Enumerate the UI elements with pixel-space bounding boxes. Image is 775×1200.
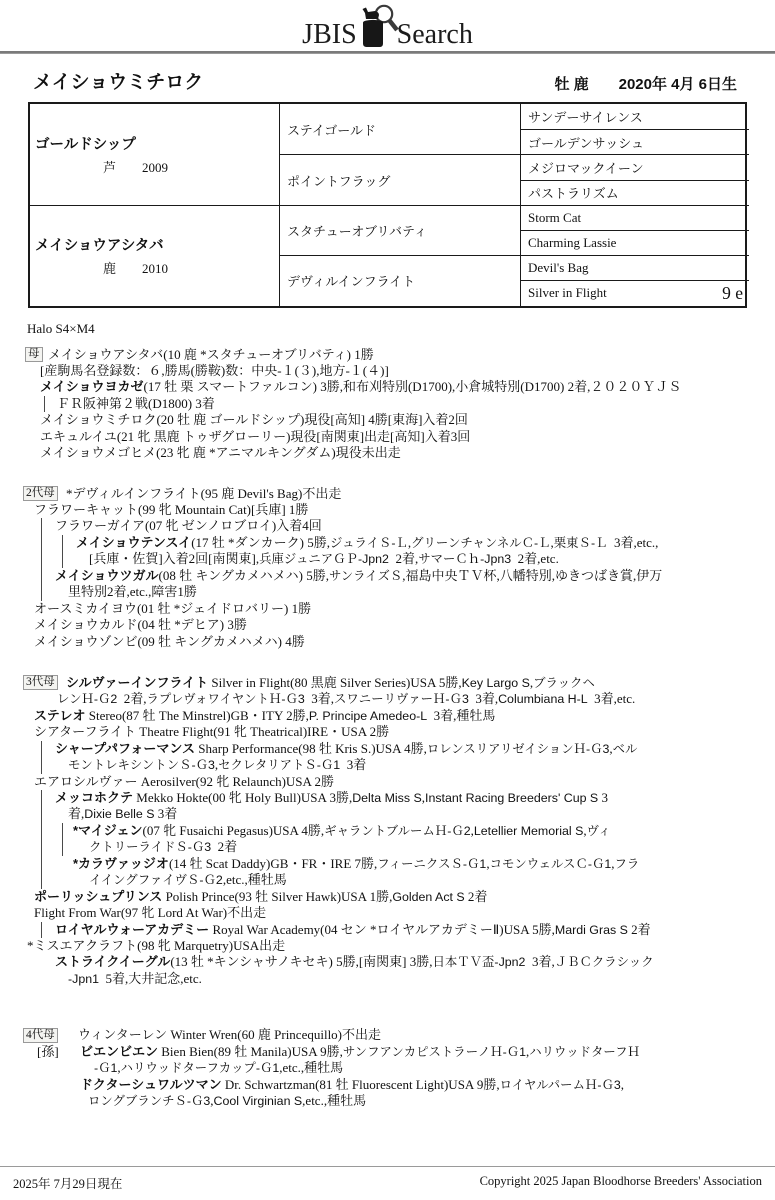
line-text: シルヴァーインフライト Silver in Flight(80 黒鹿 Silve… bbox=[0, 675, 775, 691]
logo-text-search: Search bbox=[397, 21, 473, 49]
text-segment: ,etc.,種牡馬 bbox=[302, 1093, 366, 1108]
text-segment: 3着, bbox=[525, 954, 554, 969]
text-segment: 2着 bbox=[465, 889, 488, 904]
jbis-search-logo: JBIS Search bbox=[0, 0, 775, 49]
sex-coat: 牡 鹿 bbox=[554, 76, 588, 93]
offspring-line: フラワーキャット(99 牝 Mountain Cat)[兵庫] 1勝 bbox=[0, 502, 775, 518]
race-name: ベル bbox=[613, 742, 638, 756]
offspring-line: シャープパフォーマンス Sharp Performance(98 牡 Kris … bbox=[0, 741, 775, 757]
generation-section: 4代母ウィンターレン Winter Wren(60 鹿 Princequillo… bbox=[0, 1027, 775, 1109]
line-text: ポーリッシュプリンス Polish Prince(93 牡 Silver Haw… bbox=[0, 889, 775, 905]
line-text: シアターフライト Theatre Flight(91 牝 Theatrical)… bbox=[0, 724, 775, 740]
pedigree-cell-dam-sire: スタチューオブリバティ bbox=[279, 205, 520, 255]
race-name: サマーＣｈ-Jpn3 bbox=[418, 552, 511, 566]
line-text: エキュルイユ(21 牝 黒鹿 トゥザグローリー)現役[南関東]出走[高知]入着3… bbox=[0, 429, 775, 445]
generation-label: 3代母 bbox=[23, 675, 58, 690]
pedigree-cell-sire: ゴールドシップ 芦 2009 bbox=[30, 104, 279, 205]
line-text: 里特別2着,etc.,障害1勝 bbox=[0, 584, 775, 600]
offspring-line: 母メイショウアシタバ(10 鹿 *スタチューオブリバティ) 1勝 bbox=[0, 347, 775, 363]
line-text: エアロシルヴァー Aerosilver(92 牝 Relaunch)USA 2勝 bbox=[0, 774, 775, 790]
race-name: スワニーリヴァーＨ-Ｇ3 bbox=[334, 692, 469, 706]
line-text: メイショウカルド(04 牡 *デヒア) 3勝 bbox=[0, 617, 775, 633]
race-name: ハリウッドターフカップ-Ｇ1 bbox=[121, 1061, 280, 1075]
race-name: P. Principe Amedeo-L bbox=[309, 709, 427, 723]
line-text: ロイヤルウォーアカデミー Royal War Academy(04 セン *ロイ… bbox=[0, 922, 775, 938]
tree-connector-line bbox=[41, 518, 42, 534]
offspring-line: シアターフライト Theatre Flight(91 牝 Theatrical)… bbox=[0, 724, 775, 740]
text-segment: *ミスエアクラフト(98 牝 Marquetry)USA出走 bbox=[27, 938, 285, 953]
line-text: -Ｇ1,ハリウッドターフカップ-Ｇ1,etc.,種牡馬 bbox=[0, 1060, 775, 1076]
text-segment: 3 bbox=[598, 790, 608, 805]
text-segment: 2着, bbox=[117, 691, 146, 706]
horse-name-title: メイショウミチロク bbox=[33, 67, 203, 94]
offspring-line: イイングファイヴＳ-Ｇ2,etc.,種牡馬 bbox=[0, 872, 775, 888]
offspring-line: メイショウメゴヒメ(23 牝 鹿 *アニマルキングダム)現役未出走 bbox=[0, 445, 775, 461]
text-segment: メイショウメゴヒメ(23 牝 鹿 *アニマルキングダム)現役未出走 bbox=[40, 445, 401, 460]
sire-name: ゴールドシップ bbox=[35, 133, 279, 154]
text-segment: ウィンターレン Winter Wren(60 鹿 Princequillo)不出… bbox=[78, 1027, 381, 1042]
text-segment: ,etc.,種牡馬 bbox=[279, 1060, 343, 1075]
horse-sex-coat-born: 牡 鹿2020年 4月 6日生 bbox=[554, 73, 737, 94]
race-name: イイングファイヴＳ-Ｇ2 bbox=[89, 873, 223, 887]
offspring-line: ＦＲ阪神第２戦(D1800) 3着 bbox=[0, 396, 775, 412]
text-segment: 3着 bbox=[340, 757, 366, 772]
pedigree-cell-g3-family: Silver in Flight 9 e bbox=[520, 280, 749, 305]
race-name: ギャラントブルームＨ-Ｇ2 bbox=[324, 824, 470, 838]
tree-connector-line bbox=[41, 757, 42, 773]
offspring-line: メイショウミチロク(20 牡 鹿 ゴールドシップ)現役[高知] 4勝[東海]入着… bbox=[0, 412, 775, 428]
line-text: メイショウテンスイ(17 牡 *ダンカーク) 5勝,ジュライＳ-Ｌ,グリーンチャ… bbox=[0, 535, 775, 551]
text-segment: Silver in Flight(80 黒鹿 Silver Series)USA… bbox=[208, 675, 462, 690]
tree-connector-line bbox=[44, 396, 45, 412]
text-segment: 2着 bbox=[628, 922, 651, 937]
offspring-line: 3代母シルヴァーインフライト Silver in Flight(80 黒鹿 Si… bbox=[0, 675, 775, 691]
race-name: セクレタリアトＳ-Ｇ1 bbox=[218, 758, 340, 772]
generation-section: 2代母*デヴィルインフライト(95 鹿 Devil's Bag)不出走フラワーキ… bbox=[0, 486, 775, 650]
pedigree-cell-sire-dam: ポイントフラッグ bbox=[279, 154, 520, 204]
pedigree-cell-g3: Charming Lassie bbox=[520, 230, 749, 255]
line-text: 着,Dixie Belle S 3着 bbox=[0, 806, 775, 822]
offspring-line: ポーリッシュプリンス Polish Prince(93 牡 Silver Haw… bbox=[0, 889, 775, 905]
horse-title-row: メイショウミチロク 牡 鹿2020年 4月 6日生 bbox=[0, 54, 775, 94]
text-segment: Bien Bien(89 牡 Manila)USA 9勝, bbox=[158, 1044, 343, 1059]
tree-connector-line bbox=[62, 823, 63, 839]
race-name: -Jpn1 bbox=[68, 972, 99, 986]
race-name: Instant Racing Breeders' Cup S bbox=[425, 791, 598, 805]
g3-name: Silver in Flight bbox=[528, 285, 607, 301]
dam-line-list: 母メイショウアシタバ(10 鹿 *スタチューオブリバティ) 1勝[産駒馬名登録数… bbox=[0, 347, 775, 1110]
horse-name-bold: ポーリッシュプリンス bbox=[34, 889, 162, 904]
line-text: ウィンターレン Winter Wren(60 鹿 Princequillo)不出… bbox=[0, 1027, 775, 1043]
line-text: メイショウゾンビ(09 牡 キングカメハメハ) 4勝 bbox=[0, 634, 775, 650]
text-segment: Royal War Academy(04 セン *ロイヤルアカデミーⅡ)USA … bbox=[209, 922, 555, 937]
text-segment: Mekko Hokte(00 牝 Holy Bull)USA 3勝, bbox=[133, 790, 352, 805]
race-name: -Ｇ1 bbox=[94, 1061, 117, 1075]
horse-name-bold: ストライクイーグル bbox=[55, 954, 170, 969]
text-segment: [兵庫・佐賀]入着2回[南関東], bbox=[89, 551, 259, 566]
offspring-line: クトリーライドＳ-Ｇ3 2着 bbox=[0, 839, 775, 855]
text-segment: (14 牡 Scat Daddy)GB・FR・IRE 7勝, bbox=[169, 856, 377, 871]
text-segment: ,福島中央ＴＶ杯,八幡特別,ゆきつばき賞,伊万 bbox=[402, 568, 662, 583]
offspring-line: メイショウカルド(04 牡 *デヒア) 3勝 bbox=[0, 617, 775, 633]
line-text: メイショウミチロク(20 牡 鹿 ゴールドシップ)現役[高知] 4勝[東海]入着… bbox=[0, 412, 775, 428]
offspring-line: メイショウゾンビ(09 牡 キングカメハメハ) 4勝 bbox=[0, 634, 775, 650]
text-segment: フラワーガイア(07 牝 ゼンノロブロイ)入着4回 bbox=[55, 518, 322, 533]
pedigree-cell-g3: Storm Cat bbox=[520, 205, 749, 230]
offspring-line: *カラヴァッジオ(14 牡 Scat Daddy)GB・FR・IRE 7勝,フィ… bbox=[0, 856, 775, 872]
text-segment: Stereo(87 牡 The Minstrel)GB・ITY 2勝, bbox=[85, 708, 308, 723]
text-segment: *デヴィルインフライト(95 鹿 Devil's Bag)不出走 bbox=[66, 486, 341, 501]
line-text: メイショウヨカゼ(17 牡 栗 スマートファルコン) 3勝,和布刈特別(D170… bbox=[0, 379, 775, 395]
tree-connector-line bbox=[41, 741, 42, 757]
copyright-text: Copyright 2025 Japan Bloodhorse Breeders… bbox=[480, 1174, 762, 1192]
offspring-line: メッコホクテ Mekko Hokte(00 牝 Holy Bull)USA 3勝… bbox=[0, 790, 775, 806]
as-of-date: 2025年 7月29日現在 bbox=[13, 1174, 122, 1192]
text-segment: シアターフライト Theatre Flight(91 牝 Theatrical)… bbox=[34, 724, 389, 739]
pedigree-cell-g3: サンデーサイレンス bbox=[520, 104, 749, 129]
offspring-line: エキュルイユ(21 牝 黒鹿 トゥザグローリー)現役[南関東]出走[高知]入着3… bbox=[0, 429, 775, 445]
line-text: フラワーガイア(07 牝 ゼンノロブロイ)入着4回 bbox=[0, 518, 775, 534]
line-text: ドクターシュワルツマン Dr. Schwartzman(81 牡 Fluores… bbox=[0, 1077, 775, 1093]
horse-name-bold: メイショウヨカゼ bbox=[40, 379, 143, 394]
offspring-line: モントレキシントンＳ-Ｇ3,セクレタリアトＳ-Ｇ1 3着 bbox=[0, 757, 775, 773]
race-name: 日本ＴＶ盃-Jpn2 bbox=[432, 955, 525, 969]
text-segment: (17 牡 栗 スマートファルコン) 3勝,和布刈特別(D1700),小倉城特別… bbox=[143, 379, 681, 394]
dam-coat-year: 鹿 2010 bbox=[35, 258, 279, 277]
text-segment: ,etc.,種牡馬 bbox=[223, 872, 287, 887]
footer: 2025年 7月29日現在 Copyright 2025 Japan Blood… bbox=[0, 1167, 775, 1192]
line-text: クトリーライドＳ-Ｇ3 2着 bbox=[0, 839, 775, 855]
race-name: ラプレヴォワイヤントＨ-Ｇ3 bbox=[147, 692, 305, 706]
text-segment: (13 牡 *キンシャサノキセキ) 5勝,[南関東] 3勝, bbox=[170, 954, 432, 969]
race-name: ロイヤルパームＨ-Ｇ3 bbox=[500, 1078, 621, 1092]
text-segment: 3着, bbox=[469, 691, 498, 706]
grandchild-tag: [孫] bbox=[37, 1044, 59, 1060]
race-name: サンフアンカピストラーノＨ-Ｇ1 bbox=[343, 1045, 526, 1059]
text-segment: エキュルイユ(21 牝 黒鹿 トゥザグローリー)現役[南関東]出走[高知]入着3… bbox=[40, 429, 470, 444]
line-text: メイショウアシタバ(10 鹿 *スタチューオブリバティ) 1勝 bbox=[0, 347, 775, 363]
tree-connector-line bbox=[41, 535, 42, 551]
race-name: 栗東Ｓ-Ｌ bbox=[554, 536, 608, 550]
text-segment: (07 牝 Fusaichi Pegasus)USA 4勝, bbox=[143, 823, 325, 838]
horse-name-bold: ステレオ bbox=[34, 708, 85, 723]
offspring-line: ステレオ Stereo(87 牡 The Minstrel)GB・ITY 2勝,… bbox=[0, 708, 775, 724]
race-name: ロングブランチＳ-Ｇ3 bbox=[88, 1094, 210, 1108]
text-segment: 2着, bbox=[389, 551, 418, 566]
tree-connector-line bbox=[41, 551, 42, 567]
text-segment: 2着,etc. bbox=[511, 551, 559, 566]
offspring-line: 里特別2着,etc.,障害1勝 bbox=[0, 584, 775, 600]
text-segment: [産駒馬名登録数：６,勝馬(勝鞍)数：中央-１(３),地方-１(４)] bbox=[40, 363, 389, 378]
pedigree-cell-g3: ゴールデンサッシュ bbox=[520, 129, 749, 154]
race-name: ＪＢＣクラシック bbox=[555, 955, 654, 969]
race-name: クトリーライドＳ-Ｇ3 bbox=[89, 840, 211, 854]
text-segment: メイショウゾンビ(09 牡 キングカメハメハ) 4勝 bbox=[34, 634, 305, 649]
generation-label: 4代母 bbox=[23, 1028, 58, 1043]
tree-connector-line bbox=[41, 872, 42, 888]
offspring-line: ロングブランチＳ-Ｇ3,Cool Virginian S,etc.,種牡馬 bbox=[0, 1093, 775, 1109]
generation-section: 母メイショウアシタバ(10 鹿 *スタチューオブリバティ) 1勝[産駒馬名登録数… bbox=[0, 347, 775, 462]
race-name: コモンウェルスＣ-Ｇ1 bbox=[490, 857, 612, 871]
offspring-line: メイショウテンスイ(17 牡 *ダンカーク) 5勝,ジュライＳ-Ｌ,グリーンチャ… bbox=[0, 535, 775, 551]
tree-connector-line bbox=[41, 568, 42, 584]
birth-date: 2020年 4月 6日生 bbox=[619, 76, 737, 93]
text-segment: 2着 bbox=[211, 839, 237, 854]
line-text: *ミスエアクラフト(98 牝 Marquetry)USA出走 bbox=[0, 938, 775, 954]
line-text: フラワーキャット(99 牝 Mountain Cat)[兵庫] 1勝 bbox=[0, 502, 775, 518]
tree-connector-line bbox=[41, 839, 42, 855]
race-name: レンＨ-Ｇ2 bbox=[57, 692, 117, 706]
offspring-line: [兵庫・佐賀]入着2回[南関東],兵庫ジュニアＧＰ-Jpn2 2着,サマーＣｈ-… bbox=[0, 551, 775, 567]
line-text: *マイジェン(07 牝 Fusaichi Pegasus)USA 4勝,ギャラン… bbox=[0, 823, 775, 839]
race-name: Letellier Memorial S bbox=[474, 824, 584, 838]
offspring-line: *ミスエアクラフト(98 牝 Marquetry)USA出走 bbox=[0, 938, 775, 954]
offspring-line: [孫]ビエンビエン Bien Bien(89 牡 Manila)USA 9勝,サ… bbox=[0, 1044, 775, 1060]
offspring-line: ドクターシュワルツマン Dr. Schwartzman(81 牡 Fluores… bbox=[0, 1077, 775, 1093]
offspring-line: メイショウツガル(08 牡 キングカメハメハ) 5勝,サンライズＳ,福島中央ＴＶ… bbox=[0, 568, 775, 584]
text-segment: Sharp Performance(98 牡 Kris S.)USA 4勝, bbox=[195, 741, 427, 756]
pedigree-cell-dam: メイショウアシタバ 鹿 2010 bbox=[30, 205, 279, 306]
pedigree-cell-g3: パストラリズム bbox=[520, 180, 749, 205]
race-name: モントレキシントンＳ-Ｇ3 bbox=[68, 758, 215, 772]
offspring-line: 着,Dixie Belle S 3着 bbox=[0, 806, 775, 822]
inbreeding-note: Halo S4×M4 bbox=[27, 321, 775, 337]
race-name: ロレンスリアリゼイションＨ-Ｇ3 bbox=[427, 742, 610, 756]
text-segment: フラワーキャット(99 牝 Mountain Cat)[兵庫] 1勝 bbox=[34, 502, 308, 517]
offspring-line: -Ｇ1,ハリウッドターフカップ-Ｇ1,etc.,種牡馬 bbox=[0, 1060, 775, 1076]
text-segment: , bbox=[621, 1077, 624, 1092]
pedigree-cell-sire-sire: ステイゴールド bbox=[279, 104, 520, 154]
text-segment: 3着,etc., bbox=[607, 535, 658, 550]
line-text: -Jpn1 5着,大井記念,etc. bbox=[0, 971, 775, 987]
race-name: Key Largo S bbox=[462, 676, 530, 690]
race-name: Mardi Gras S bbox=[555, 923, 628, 937]
race-name: フラ bbox=[615, 857, 640, 871]
horse-name-bold: シルヴァーインフライト bbox=[66, 675, 208, 690]
tree-connector-line bbox=[41, 806, 42, 822]
text-segment: (08 牡 キングカメハメハ) 5勝, bbox=[158, 568, 329, 583]
offspring-line: Flight From War(97 牝 Lord At War)不出走 bbox=[0, 905, 775, 921]
sire-coat-year: 芦 2009 bbox=[35, 157, 279, 176]
horse-name-bold: ビエンビエン bbox=[80, 1044, 158, 1059]
offspring-line: レンＨ-Ｇ2 2着,ラプレヴォワイヤントＨ-Ｇ3 3着,スワニーリヴァーＨ-Ｇ3… bbox=[0, 691, 775, 707]
offspring-line: *マイジェン(07 牝 Fusaichi Pegasus)USA 4勝,ギャラン… bbox=[0, 823, 775, 839]
line-text: [兵庫・佐賀]入着2回[南関東],兵庫ジュニアＧＰ-Jpn2 2着,サマーＣｈ-… bbox=[0, 551, 775, 567]
horse-name-bold: ロイヤルウォーアカデミー bbox=[55, 922, 209, 937]
tree-connector-line bbox=[62, 839, 63, 855]
line-text: [産駒馬名登録数：６,勝馬(勝鞍)数：中央-１(３),地方-１(４)] bbox=[0, 363, 775, 379]
horse-on-pot-magnifier-icon bbox=[359, 3, 399, 49]
pedigree-cell-g3: Devil's Bag bbox=[520, 255, 749, 280]
generation-section: 3代母シルヴァーインフライト Silver in Flight(80 黒鹿 Si… bbox=[0, 675, 775, 987]
text-segment: メイショウアシタバ(10 鹿 *スタチューオブリバティ) 1勝 bbox=[48, 347, 374, 362]
tree-connector-line bbox=[41, 823, 42, 839]
tree-connector-line bbox=[62, 535, 63, 551]
text-segment: メイショウミチロク(20 牡 鹿 ゴールドシップ)現役[高知] 4勝[東海]入着… bbox=[40, 412, 468, 427]
line-text: モントレキシントンＳ-Ｇ3,セクレタリアトＳ-Ｇ1 3着 bbox=[0, 757, 775, 773]
offspring-line: -Jpn1 5着,大井記念,etc. bbox=[0, 971, 775, 987]
race-name: 兵庫ジュニアＧＰ-Jpn2 bbox=[259, 552, 389, 566]
text-segment: Flight From War(97 牝 Lord At War)不出走 bbox=[34, 905, 266, 920]
text-segment: 3着, bbox=[305, 691, 334, 706]
text-segment: 5着,大井記念,etc. bbox=[99, 971, 202, 986]
race-name: Golden Act S bbox=[392, 890, 464, 904]
line-text: オースミカイヨウ(01 牡 *ジェイドロバリー) 1勝 bbox=[0, 601, 775, 617]
horse-name-bold: シャープパフォーマンス bbox=[55, 741, 195, 756]
dam-name: メイショウアシタバ bbox=[35, 234, 279, 255]
line-text: シャープパフォーマンス Sharp Performance(98 牡 Kris … bbox=[0, 741, 775, 757]
pedigree-table: ゴールドシップ 芦 2009 メイショウアシタバ 鹿 2010 ステイゴールド … bbox=[28, 102, 747, 308]
line-text: メイショウツガル(08 牡 キングカメハメハ) 5勝,サンライズＳ,福島中央ＴＶ… bbox=[0, 568, 775, 584]
pedigree-cell-dam-dam: デヴィルインフライト bbox=[279, 255, 520, 305]
text-segment: Dr. Schwartzman(81 牡 Fluorescent Light)U… bbox=[222, 1077, 500, 1092]
line-text: メッコホクテ Mekko Hokte(00 牝 Holy Bull)USA 3勝… bbox=[0, 790, 775, 806]
race-name: Dixie Belle S bbox=[84, 807, 154, 821]
horse-name-bold: メッコホクテ bbox=[55, 790, 133, 805]
tree-connector-line bbox=[41, 584, 42, 600]
text-segment: Polish Prince(93 牡 Silver Hawk)USA 1勝, bbox=[162, 889, 392, 904]
text-segment: オースミカイヨウ(01 牡 *ジェイドロバリー) 1勝 bbox=[34, 601, 311, 616]
race-name: Columbiana H-L bbox=[498, 692, 588, 706]
offspring-line: フラワーガイア(07 牝 ゼンノロブロイ)入着4回 bbox=[0, 518, 775, 534]
line-text: メイショウメゴヒメ(23 牝 鹿 *アニマルキングダム)現役未出走 bbox=[0, 445, 775, 461]
tree-connector-line bbox=[41, 922, 42, 938]
tree-connector-line bbox=[41, 790, 42, 806]
text-segment: ＦＲ阪神第２戦(D1800) 3着 bbox=[57, 396, 215, 411]
race-name: ハリウッドターフＨ bbox=[529, 1045, 640, 1059]
pedigree-cell-g3: メジロマックイーン bbox=[520, 154, 749, 179]
race-name: サンライズＳ bbox=[329, 569, 402, 583]
offspring-line: ストライクイーグル(13 牡 *キンシャサノキセキ) 5勝,[南関東] 3勝,日… bbox=[0, 954, 775, 970]
generation-label: 母 bbox=[25, 347, 43, 362]
horse-name-bold: メイショウツガル bbox=[55, 568, 158, 583]
offspring-line: 4代母ウィンターレン Winter Wren(60 鹿 Princequillo… bbox=[0, 1027, 775, 1043]
horse-name-bold: ドクターシュワルツマン bbox=[80, 1077, 222, 1092]
line-text: *デヴィルインフライト(95 鹿 Devil's Bag)不出走 bbox=[0, 486, 775, 502]
text-segment: メイショウカルド(04 牡 *デヒア) 3勝 bbox=[34, 617, 247, 632]
line-text: ＦＲ阪神第２戦(D1800) 3着 bbox=[0, 396, 775, 412]
line-text: ステレオ Stereo(87 牡 The Minstrel)GB・ITY 2勝,… bbox=[0, 708, 775, 724]
text-segment: 里特別2着,etc.,障害1勝 bbox=[68, 584, 197, 599]
tree-connector-line bbox=[62, 551, 63, 567]
offspring-line: オースミカイヨウ(01 牡 *ジェイドロバリー) 1勝 bbox=[0, 601, 775, 617]
offspring-line: 2代母*デヴィルインフライト(95 鹿 Devil's Bag)不出走 bbox=[0, 486, 775, 502]
horse-name-bold: メイショウテンスイ bbox=[76, 535, 191, 550]
logo-text-jbis: JBIS bbox=[302, 21, 356, 49]
line-text: ロングブランチＳ-Ｇ3,Cool Virginian S,etc.,種牡馬 bbox=[0, 1093, 775, 1109]
race-name: ヴィ bbox=[587, 824, 611, 838]
text-segment: 着, bbox=[68, 806, 84, 821]
line-text: *カラヴァッジオ(14 牡 Scat Daddy)GB・FR・IRE 7勝,フィ… bbox=[0, 856, 775, 872]
text-segment: 3着,etc. bbox=[588, 691, 636, 706]
race-name: ブラックヘ bbox=[533, 676, 595, 690]
text-segment: エアロシルヴァー Aerosilver(92 牝 Relaunch)USA 2勝 bbox=[34, 774, 334, 789]
race-name: Cool Virginian S bbox=[214, 1094, 303, 1108]
text-segment: 3着,種牡馬 bbox=[427, 708, 495, 723]
horse-name-bold: *カラヴァッジオ bbox=[73, 856, 169, 871]
race-name: ジュライＳ-Ｌ bbox=[330, 536, 408, 550]
family-number: 9 e bbox=[722, 283, 743, 304]
line-text: ストライクイーグル(13 牡 *キンシャサノキセキ) 5勝,[南関東] 3勝,日… bbox=[0, 954, 775, 970]
offspring-line: [産駒馬名登録数：６,勝馬(勝鞍)数：中央-１(３),地方-１(４)] bbox=[0, 363, 775, 379]
line-text: イイングファイヴＳ-Ｇ2,etc.,種牡馬 bbox=[0, 872, 775, 888]
text-segment: 3着 bbox=[155, 806, 178, 821]
generation-label: 2代母 bbox=[23, 486, 58, 501]
tree-connector-line bbox=[41, 856, 42, 872]
race-name: Delta Miss S bbox=[352, 791, 422, 805]
line-text: Flight From War(97 牝 Lord At War)不出走 bbox=[0, 905, 775, 921]
horse-name-bold: *マイジェン bbox=[73, 823, 143, 838]
text-segment: (17 牡 *ダンカーク) 5勝, bbox=[191, 535, 330, 550]
line-text: ビエンビエン Bien Bien(89 牡 Manila)USA 9勝,サンフア… bbox=[0, 1044, 775, 1060]
race-name: グリーンチャンネルＣ-Ｌ bbox=[411, 536, 550, 550]
offspring-line: ロイヤルウォーアカデミー Royal War Academy(04 セン *ロイ… bbox=[0, 922, 775, 938]
race-name: フィーニクスＳ-Ｇ1 bbox=[377, 857, 486, 871]
offspring-line: エアロシルヴァー Aerosilver(92 牝 Relaunch)USA 2勝 bbox=[0, 774, 775, 790]
line-text: レンＨ-Ｇ2 2着,ラプレヴォワイヤントＨ-Ｇ3 3着,スワニーリヴァーＨ-Ｇ3… bbox=[0, 691, 775, 707]
offspring-line: メイショウヨカゼ(17 牡 栗 スマートファルコン) 3勝,和布刈特別(D170… bbox=[0, 379, 775, 395]
